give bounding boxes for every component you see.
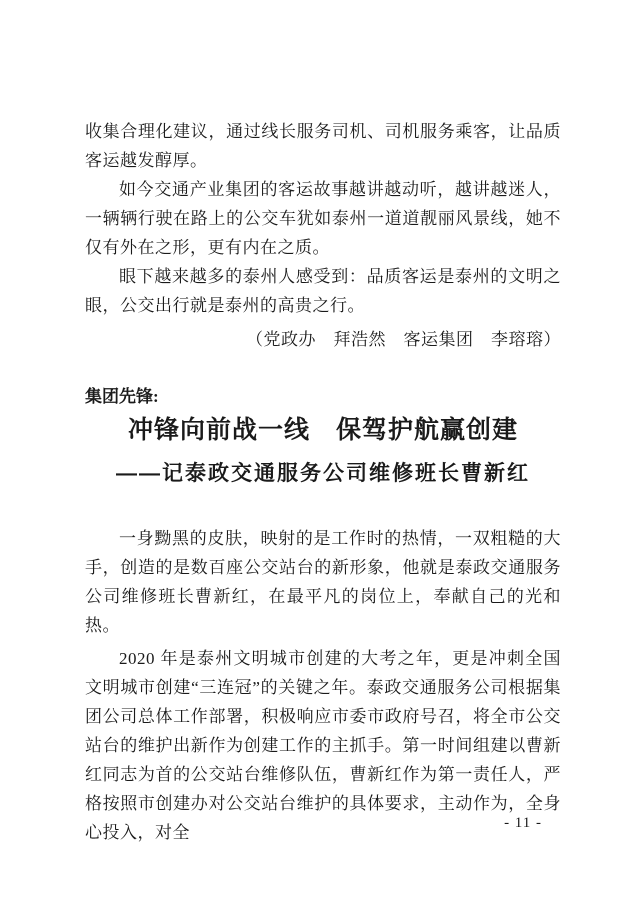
article-subtitle: ——记泰政交通服务公司维修班长曹新红	[85, 459, 561, 489]
prev-article-paragraph: 如今交通产业集团的客运故事越讲越动听，越讲越迷人，一辆辆行驶在路上的公交车犹如泰…	[85, 175, 561, 262]
article-paragraph: 2020 年是泰州文明城市创建的大考之年，更是冲刺全国文明城市创建“三连冠”的关…	[85, 644, 561, 847]
article-title: 冲锋向前战一线 保驾护航赢创建	[85, 413, 561, 449]
prev-article-attribution: （党政办 拜浩然 客运集团 李瑢瑢）	[85, 325, 561, 354]
article-section-label: 集团先锋:	[85, 385, 561, 409]
prev-article-paragraph: 眼下越来越多的泰州人感受到：品质客运是泰州的文明之眼，公交出行就是泰州的高贵之行…	[85, 262, 561, 320]
prev-article-paragraph-continuation: 收集合理化建议，通过线长服务司机、司机服务乘客，让品质客运越发醇厚。	[85, 117, 561, 175]
page-content: 收集合理化建议，通过线长服务司机、司机服务乘客，让品质客运越发醇厚。 如今交通产…	[0, 0, 636, 847]
page-number: - 11 -	[504, 813, 542, 833]
article-paragraph: 一身黝黑的皮肤，映射的是工作时的热情，一双粗糙的大手，创造的是数百座公交站台的新…	[85, 524, 561, 640]
document-page: 收集合理化建议，通过线长服务司机、司机服务乘客，让品质客运越发醇厚。 如今交通产…	[0, 0, 636, 900]
